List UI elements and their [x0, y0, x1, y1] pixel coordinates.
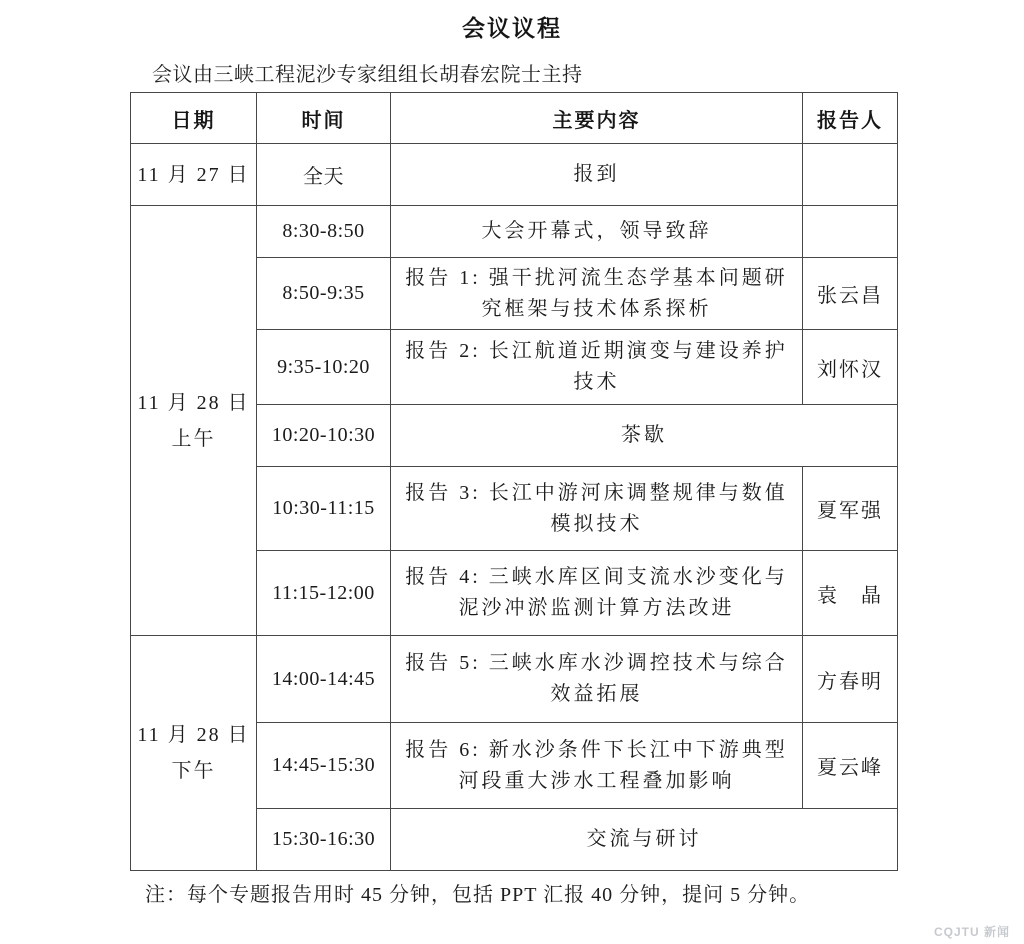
col-header-time: 时间: [257, 93, 391, 144]
cell-date-nov28-afternoon: 11 月 28 日 下午: [131, 636, 257, 871]
cell-date-nov28-morning: 11 月 28 日 上午: [131, 206, 257, 636]
cell-time: 14:00-14:45: [257, 636, 391, 723]
subtitle-host-line: 会议由三峡工程泥沙专家组组长胡春宏院士主持: [152, 58, 583, 87]
agenda-page: 会议议程 会议由三峡工程泥沙专家组组长胡春宏院士主持 日期 时间 主要内容 报告…: [0, 0, 1024, 944]
cell-time: 8:50-9:35: [257, 258, 391, 330]
cell-content: 报告 4: 三峡水库区间支流水沙变化与 泥沙冲淤监测计算方法改进: [391, 551, 803, 636]
cell-time: 14:45-15:30: [257, 723, 391, 809]
cell-presenter: 张云昌: [803, 258, 898, 330]
table-row-report5: 11 月 28 日 下午 14:00-14:45 报告 5: 三峡水库水沙调控技…: [131, 636, 898, 723]
cell-content-tea-break: 茶歇: [391, 405, 898, 467]
cell-content: 大会开幕式，领导致辞: [391, 206, 803, 258]
cell-time: 10:20-10:30: [257, 405, 391, 467]
footer-note: 注：每个专题报告用时 45 分钟，包括 PPT 汇报 40 分钟，提问 5 分钟…: [145, 878, 810, 907]
cell-content: 报告 6: 新水沙条件下长江中下游典型 河段重大涉水工程叠加影响: [391, 723, 803, 809]
col-header-presenter: 报告人: [803, 93, 898, 144]
cell-presenter: 夏云峰: [803, 723, 898, 809]
cell-time: 11:15-12:00: [257, 551, 391, 636]
cell-presenter: 方春明: [803, 636, 898, 723]
table-header-row: 日期 时间 主要内容 报告人: [131, 93, 898, 144]
cell-presenter: 袁 晶: [803, 551, 898, 636]
col-header-date: 日期: [131, 93, 257, 144]
cell-presenter-empty: [803, 144, 898, 206]
col-header-content: 主要内容: [391, 93, 803, 144]
cell-content: 报告 1: 强干扰河流生态学基本问题研 究框架与技术体系探析: [391, 258, 803, 330]
cell-content: 报到: [391, 144, 803, 206]
cell-content: 报告 3: 长江中游河床调整规律与数值 模拟技术: [391, 467, 803, 551]
cell-time: 9:35-10:20: [257, 330, 391, 405]
watermark: CQJTU 新闻: [934, 923, 1010, 940]
cell-presenter: 夏军强: [803, 467, 898, 551]
table-row-registration: 11 月 27 日 全天 报到: [131, 144, 898, 206]
cell-content-discussion: 交流与研讨: [391, 809, 898, 871]
cell-date-nov27: 11 月 27 日: [131, 144, 257, 206]
agenda-table: 日期 时间 主要内容 报告人 11 月 27 日 全天 报到 11 月 28 日…: [130, 92, 898, 871]
cell-time: 全天: [257, 144, 391, 206]
cell-content: 报告 5: 三峡水库水沙调控技术与综合 效益拓展: [391, 636, 803, 723]
cell-presenter: 刘怀汉: [803, 330, 898, 405]
cell-time: 10:30-11:15: [257, 467, 391, 551]
cell-time: 8:30-8:50: [257, 206, 391, 258]
cell-presenter-empty: [803, 206, 898, 258]
table-row-opening: 11 月 28 日 上午 8:30-8:50 大会开幕式，领导致辞: [131, 206, 898, 258]
page-title: 会议议程: [0, 10, 1024, 43]
cell-time: 15:30-16:30: [257, 809, 391, 871]
cell-content: 报告 2: 长江航道近期演变与建设养护 技术: [391, 330, 803, 405]
